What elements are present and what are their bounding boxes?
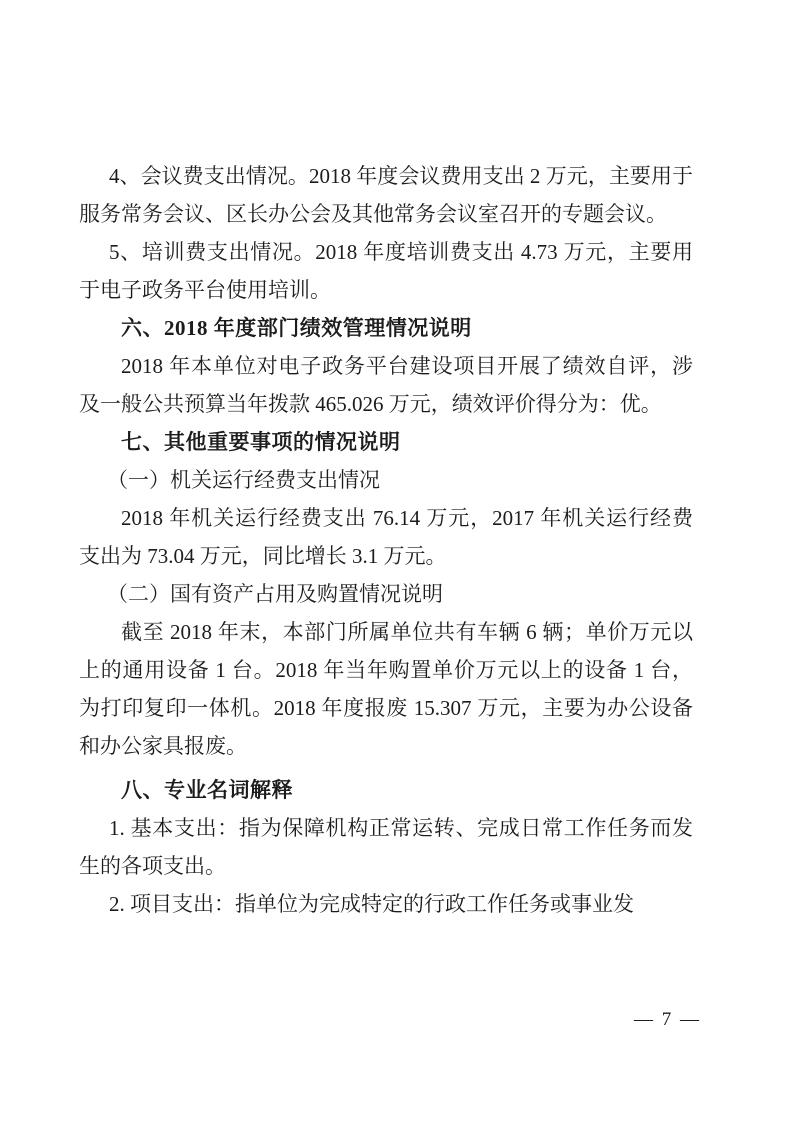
paragraph-glossary-basic-expenditure: 1. 基本支出：指为保障机构正常运转、完成日常工作任务而发生的各项支出。	[79, 809, 693, 885]
paragraph-conference-fee: 4、会议费支出情况。2018 年度会议费用支出 2 万元，主要用于服务常务会议、…	[79, 157, 693, 233]
section-heading-eight-glossary: 八、专业名词解释	[79, 771, 693, 809]
section-heading-six-performance: 六、2018 年度部门绩效管理情况说明	[79, 309, 693, 347]
paragraph-glossary-project-expenditure: 2. 项目支出：指单位为完成特定的行政工作任务或事业发	[79, 885, 693, 923]
paragraph-operating-expense-detail: 2018 年机关运行经费支出 76.14 万元，2017 年机关运行经费支出为 …	[79, 499, 693, 575]
paragraph-performance-self-evaluation: 2018 年本单位对电子政务平台建设项目开展了绩效自评，涉及一般公共预算当年拨款…	[79, 347, 693, 423]
paragraph-training-fee: 5、培训费支出情况。2018 年度培训费支出 4.73 万元，主要用于电子政务平…	[79, 233, 693, 309]
section-heading-seven-other-matters: 七、其他重要事项的情况说明	[79, 423, 693, 461]
paragraph-state-assets-detail: 截至 2018 年末，本部门所属单位共有车辆 6 辆；单价万元以上的通用设备 1…	[79, 613, 693, 765]
document-page: 4、会议费支出情况。2018 年度会议费用支出 2 万元，主要用于服务常务会议、…	[0, 0, 793, 1122]
page-number: — 7 —	[634, 1006, 701, 1034]
document-body: 4、会议费支出情况。2018 年度会议费用支出 2 万元，主要用于服务常务会议、…	[79, 157, 693, 923]
subheading-operating-expense: （一）机关运行经费支出情况	[79, 461, 693, 499]
subheading-state-assets: （二）国有资产占用及购置情况说明	[79, 575, 693, 613]
